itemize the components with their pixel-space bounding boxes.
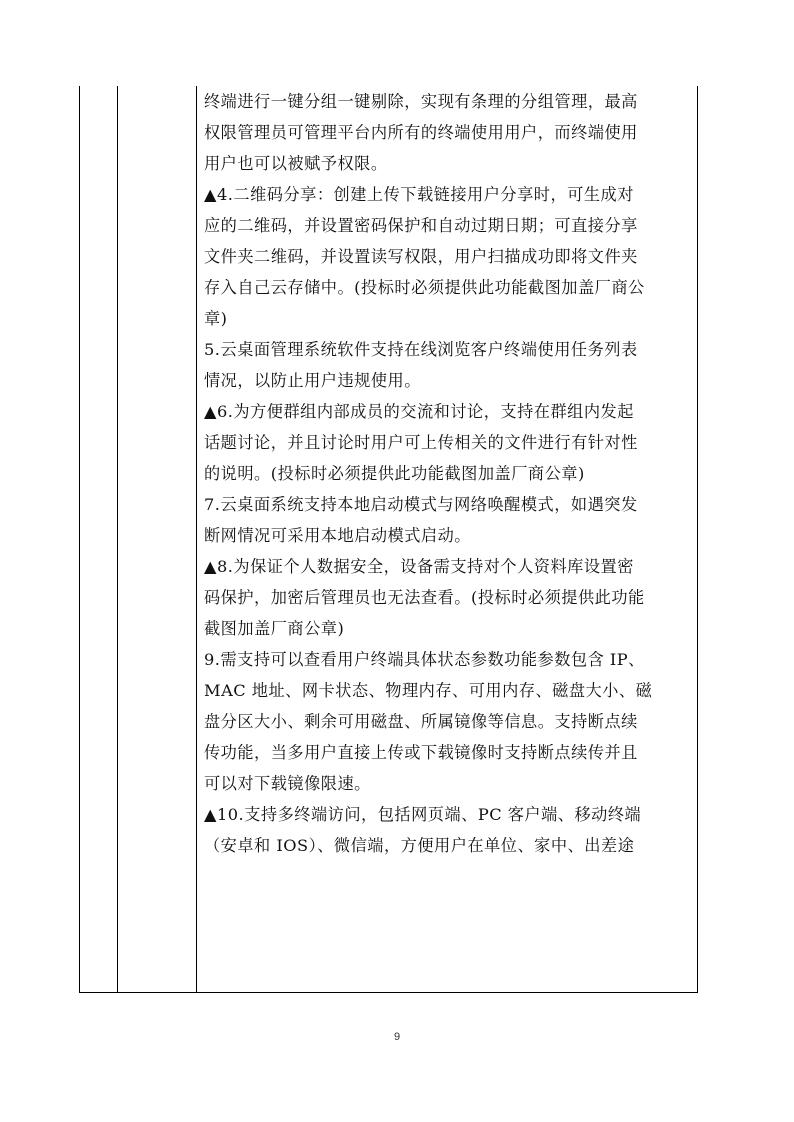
column-divider-1 (117, 86, 118, 992)
text-line: ▲6.为方便群组内部成员的交流和讨论，支持在群组内发起 (204, 396, 694, 427)
text-line: 文件夹二维码，并设置读写权限，用户扫描成功即将文件夹 (204, 241, 694, 272)
text-line: 章) (204, 303, 694, 334)
column-divider-2 (196, 86, 197, 992)
text-line: 终端进行一键分组一键剔除，实现有条理的分组管理，最高 (204, 86, 694, 117)
text-line: 9.需支持可以查看用户终端具体状态参数功能参数包含 IP、 (204, 644, 694, 675)
text-line: 传功能，当多用户直接上传或下载镜像时支持断点续传并且 (204, 737, 694, 768)
text-line: 话题讨论，并且讨论时用户可上传相关的文件进行有针对性 (204, 427, 694, 458)
requirements-cell: 终端进行一键分组一键剔除，实现有条理的分组管理，最高 权限管理员可管理平台内所有… (204, 86, 694, 861)
requirements-table: 终端进行一键分组一键剔除，实现有条理的分组管理，最高 权限管理员可管理平台内所有… (79, 86, 698, 993)
text-line: 可以对下载镜像限速。 (204, 768, 694, 799)
text-line: ▲4.二维码分享：创建上传下载链接用户分享时，可生成对 (204, 179, 694, 210)
text-line: 应的二维码，并设置密码保护和自动过期日期；可直接分享 (204, 210, 694, 241)
text-line: 情况，以防止用户违规使用。 (204, 365, 694, 396)
text-line: 存入自己云存储中。(投标时必须提供此功能截图加盖厂商公 (204, 272, 694, 303)
text-line: 截图加盖厂商公章) (204, 613, 694, 644)
text-line: 5.云桌面管理系统软件支持在线浏览客户终端使用任务列表 (204, 334, 694, 365)
text-line: ▲8.为保证个人数据安全，设备需支持对个人资料库设置密 (204, 551, 694, 582)
text-line: 断网情况可采用本地启动模式启动。 (204, 520, 694, 551)
text-line: 7.云桌面系统支持本地启动模式与网络唤醒模式，如遇突发 (204, 489, 694, 520)
page-number: 9 (0, 1031, 794, 1043)
text-line: 码保护，加密后管理员也无法查看。(投标时必须提供此功能 (204, 582, 694, 613)
text-line: 权限管理员可管理平台内所有的终端使用用户，而终端使用 (204, 117, 694, 148)
text-line: ▲10.支持多终端访问，包括网页端、PC 客户端、移动终端 (204, 799, 694, 830)
text-line: MAC 地址、网卡状态、物理内存、可用内存、磁盘大小、磁 (204, 675, 694, 706)
text-line: 盘分区大小、剩余可用磁盘、所属镜像等信息。支持断点续 (204, 706, 694, 737)
text-line: 的说明。(投标时必须提供此功能截图加盖厂商公章) (204, 458, 694, 489)
text-line: 用户也可以被赋予权限。 (204, 148, 694, 179)
text-line: （安卓和 IOS）、微信端，方便用户在单位、家中、出差途 (204, 830, 694, 861)
